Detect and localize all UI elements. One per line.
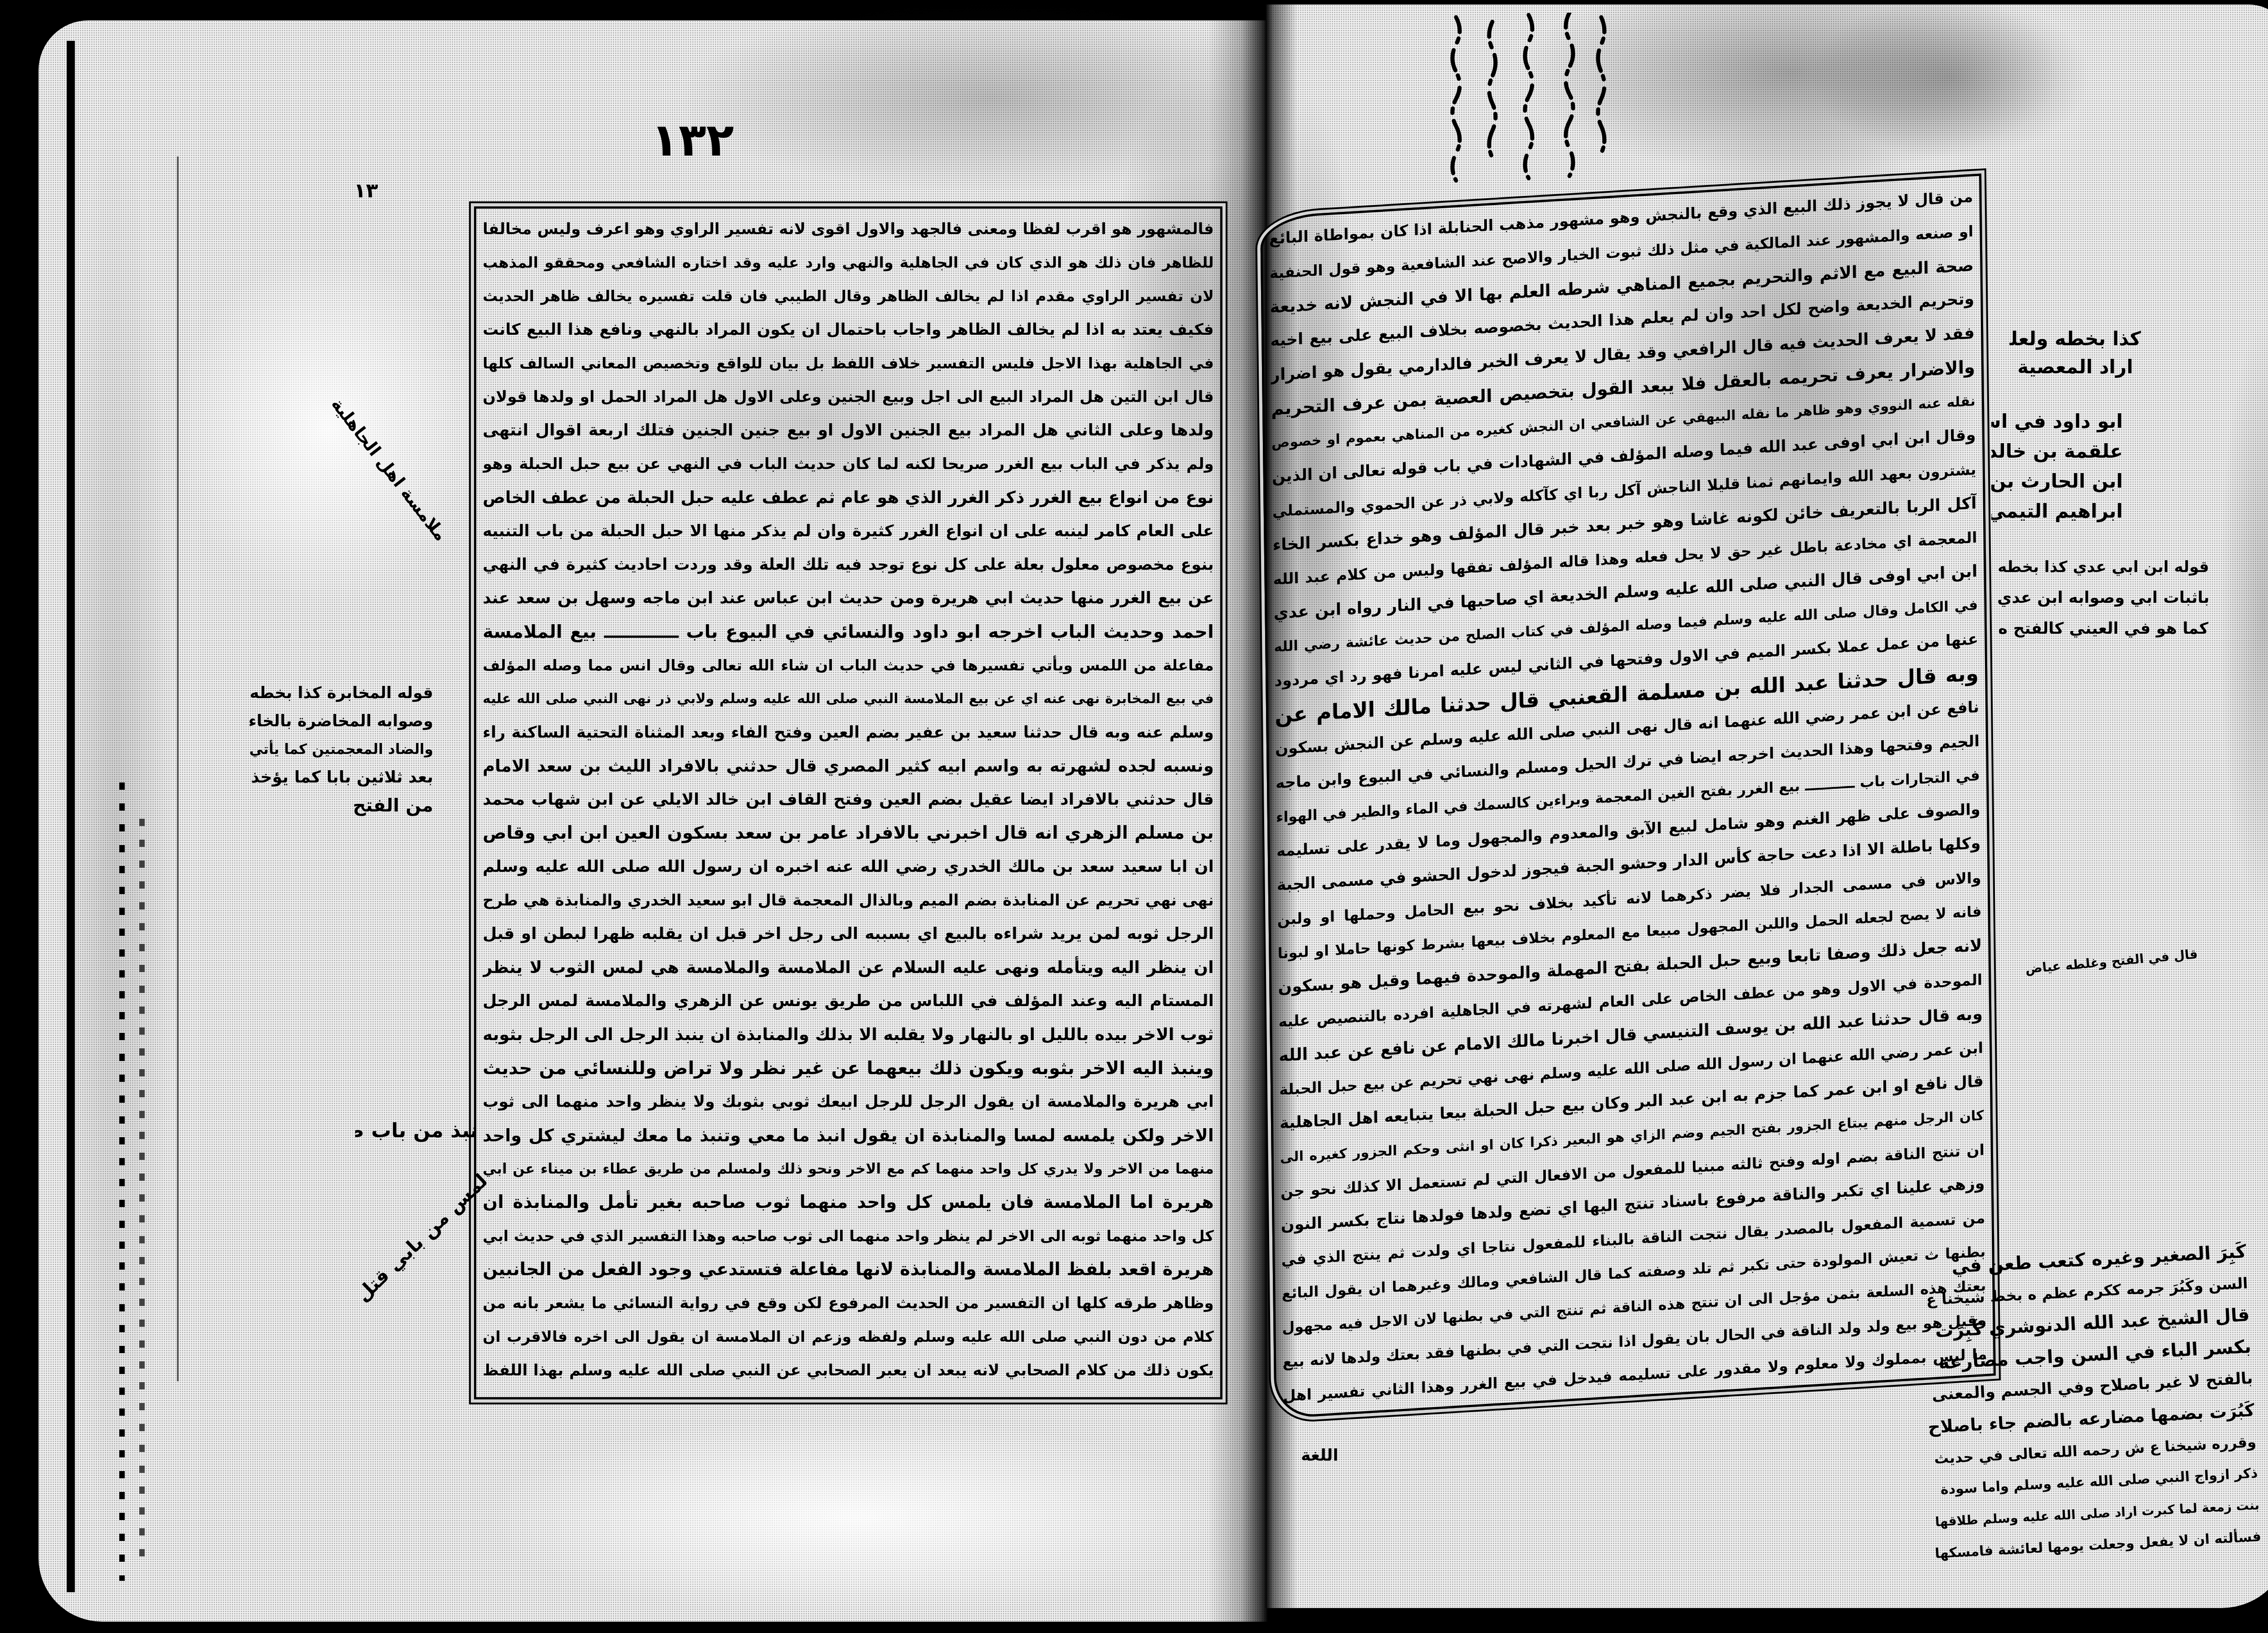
note-line: وصوابه المخاضرة بالخاء	[247, 707, 433, 735]
right-main-text-block: من قال لا يجوز ذلك البيع الذي وقع بالنجش…	[1260, 174, 1996, 1419]
water-stain	[2218, 322, 2268, 912]
margin-note-mukhabara: قوله المخابرة كذا بخطه وصوابه المخاضرة ب…	[247, 679, 433, 820]
note-line: ابو داود في اسمه	[1991, 406, 2123, 436]
page-edge-thin-line	[177, 156, 179, 1381]
margin-note-nabdh: نبذ من باب ضرب	[355, 1117, 478, 1144]
page-edge-marks	[139, 819, 145, 1563]
text-line: ان ينظر اليه ويتأمله ونهى عليه السلام عن…	[483, 951, 1214, 984]
text-line: ابي هريرة والملامسة ان يقول الرجل للرجل …	[483, 1085, 1214, 1119]
text-line: ونسبه لجده لشهرته به واسم ابيه كثير المص…	[483, 749, 1214, 783]
note-line: ابراهيم التيمي	[1991, 496, 2123, 526]
text-line: في الجاهلية بهذا الاجل فليس التفسير خلاف…	[483, 347, 1214, 380]
text-line: يكون ذلك من كلام الصحابي لانه يبعد ان يع…	[483, 1354, 1214, 1387]
text-line: في بيع المخابرة نهى عنه اي عن بيع الملام…	[483, 682, 1214, 716]
note-line: من الفتح	[247, 792, 433, 820]
text-line: ولم يذكر في الباب بيع الغرر صريحا لكنه ل…	[483, 447, 1214, 481]
text-line: على العام كامر لينبه على ان انواع الغرر …	[483, 514, 1214, 548]
text-line: نهى نهي تحريم عن المنابذة بضم الميم وبال…	[483, 884, 1214, 917]
note-line: باثبات ابي وصوابه ابن عدي	[1997, 582, 2210, 613]
margin-note-masiya: كذا بخطه ولعله اراد المعصية	[2009, 325, 2141, 381]
page-number: ١٣٢	[651, 113, 734, 166]
note-line: قوله ابن ابي عدي كذا بخطه	[1997, 552, 2210, 582]
text-line: قال حدثني بالافراد ايضا عقيل بضم العين و…	[483, 783, 1214, 816]
margin-note-lams: لمس من بابي قتل وضرب	[352, 1169, 493, 1306]
note-line: قوله المخابرة كذا بخطه	[247, 679, 433, 707]
paper-light-area	[492, 1418, 1218, 1617]
text-line: كل واحد منهما ثوبه الى الاخر لم ينظر واح…	[483, 1219, 1214, 1253]
left-page: ١٣٢ ١٣ فالمشهور هو اقرب لفظا ومعنى فالجه…	[39, 20, 1268, 1622]
text-line: كلام من دون النبي صلى الله عليه وسلم ولف…	[483, 1320, 1214, 1354]
text-line: هريرة اقعد بلفظ الملامسة والمنابذة لانها…	[483, 1253, 1214, 1286]
text-line: نوع من انواع بيع الغرر ذكر الغرر الذي هو…	[483, 481, 1214, 514]
text-line: الاخر ولكن يلمسه لمسا والمنابذة ان يقول …	[483, 1119, 1214, 1152]
text-line: وسلم عنه وبه قال حدثنا سعيد بن عفير بضم …	[483, 716, 1214, 749]
text-line: قال ابن التين هل المراد البيع الى اجل وب…	[483, 380, 1214, 414]
note-line: نبذ من باب ضرب	[355, 1117, 478, 1144]
note-line: اراد المعصية	[2009, 353, 2141, 381]
text-line: مفاعلة من اللمس ويأتي تفسيرها في حديث ال…	[483, 649, 1214, 682]
note-line: ابن الحارث بن	[1991, 466, 2123, 496]
text-line: الرجل ثوبه لمن يريد شراءه بالبيع اي بسبب…	[483, 917, 1214, 951]
text-line: ان ابا سعيد سعد بن مالك الخدري رضي الله …	[483, 850, 1214, 884]
text-line: ولدها وعلى الثاني هل المراد بيع الجنين ا…	[483, 414, 1214, 447]
book-edge-line	[67, 41, 75, 1592]
margin-note-kabira: كَبِرَ الصغير وغيره كتعب طعن في السن وكَ…	[1919, 1236, 2262, 1570]
text-line: للظاهر فان ذلك هو الذي كان في الجاهلية و…	[483, 246, 1214, 279]
text-line: المستام اليه وعند المؤلف في اللباس من طر…	[483, 984, 1214, 1018]
note-line: والضاد المعجمتين كما يأتي	[247, 735, 433, 763]
water-stain	[1810, 0, 2091, 159]
note-line: بعد ثلاثين بابا كما يؤخذ	[247, 763, 433, 792]
text-line: منهما من الاخر ولا يدري كل واحد منهما كم…	[483, 1152, 1214, 1186]
right-page: من قال لا يجوز ذلك البيع الذي وقع بالنجش…	[1266, 5, 2268, 1608]
page-edge-marks	[119, 782, 125, 1581]
text-line: بنوع مخصوص معلول بعلة على كل نوع توجد في…	[483, 548, 1214, 582]
margin-note-iyad: قال في الفتح وغلطه عياض	[2022, 940, 2201, 983]
note-line: لمس من بابي قتل وضرب	[352, 1169, 493, 1306]
text-line: عن بيع الغرر منها حديث ابي هريرة ومن حدي…	[483, 582, 1214, 615]
margin-note-abu-dawud: ابو داود في اسمه علقمة بن خالد ابن الحار…	[1991, 406, 2123, 526]
margin-note-ibn-adi: قوله ابن ابي عدي كذا بخطه باثبات ابي وصو…	[1997, 552, 2210, 644]
text-line: بن مسلم الزهري انه قال اخبرني بالافراد ع…	[483, 816, 1214, 850]
text-line: وظاهر طرقه كلها ان التفسير من الحديث الم…	[483, 1286, 1214, 1320]
note-line: كما هو في العيني كالفتح ه	[1997, 613, 2210, 644]
text-line-chapter-heading: احمد وحديث الباب اخرجه ابو داود والنسائي…	[483, 615, 1214, 649]
text-line: هريرة اما الملامسة فان يلمس كل واحد منهم…	[483, 1186, 1214, 1219]
text-line: وينبذ اليه الاخر بثوبه ويكون ذلك بيعهما …	[483, 1051, 1214, 1085]
text-line: ثوب الاخر بيده بالليل او بالنهار ولا يقل…	[483, 1018, 1214, 1051]
left-main-text-block: فالمشهور هو اقرب لفظا ومعنى فالجهد والاو…	[474, 206, 1222, 1399]
text-line: فكيف يعتد به اذا لم يخالف الظاهر واجاب ب…	[483, 313, 1214, 347]
note-line: قال في الفتح وغلطه عياض	[2022, 940, 2201, 983]
note-line: كذا بخطه ولعله	[2009, 325, 2141, 353]
catchword: اللغة	[1301, 1446, 1339, 1465]
handwritten-note-illegible-icon	[1438, 13, 1619, 185]
note-line: علقمة بن خالد	[1991, 436, 2123, 466]
text-line: لان تفسير الراوي مقدم اذا لم يخالف الظاه…	[483, 279, 1214, 313]
text-line: فالمشهور هو اقرب لفظا ومعنى فالجهد والاو…	[483, 212, 1214, 246]
folio-marker: ١٣	[354, 179, 378, 202]
